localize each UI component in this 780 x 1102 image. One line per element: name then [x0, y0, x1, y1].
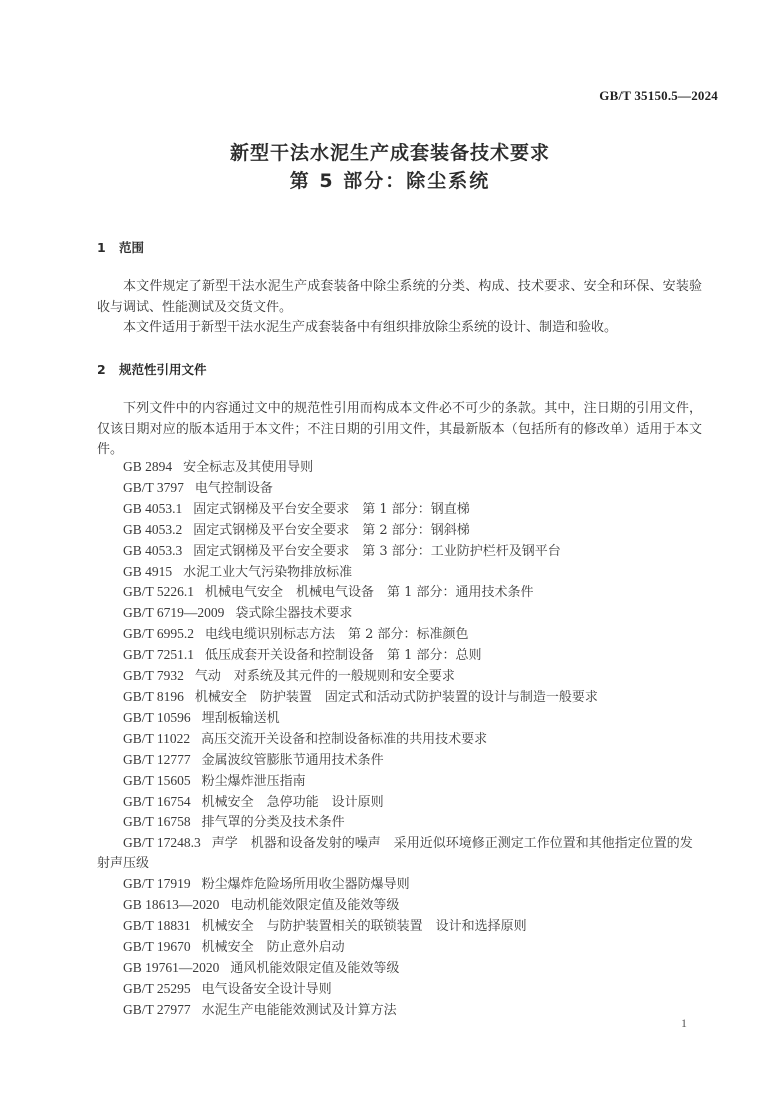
reference-item: GB 2894安全标志及其使用导则 — [97, 457, 702, 478]
reference-code: GB/T 8196 — [123, 689, 184, 704]
section-number: 2 — [97, 362, 119, 377]
reference-title: 固定式钢梯及平台安全要求 第 1 部分：钢直梯 — [193, 502, 470, 517]
scope-paragraph-2: 本文件适用于新型干法水泥生产成套装备中有组织排放除尘系统的设计、制造和验收。 — [97, 318, 702, 339]
reference-item: GB 4053.3固定式钢梯及平台安全要求 第 3 部分：工业防护栏杆及钢平台 — [97, 541, 702, 562]
reference-item: GB/T 27977水泥生产电能能效测试及计算方法 — [97, 1000, 702, 1021]
reference-title: 气动 对系统及其元件的一般规则和安全要求 — [195, 669, 455, 684]
reference-code: GB/T 10596 — [123, 710, 191, 725]
reference-code: GB 4053.1 — [123, 501, 182, 516]
reference-item: GB/T 7932气动 对系统及其元件的一般规则和安全要求 — [97, 666, 702, 687]
reference-code: GB 19761—2020 — [123, 960, 219, 975]
reference-item: GB 4915水泥工业大气污染物排放标准 — [97, 562, 702, 583]
scope-paragraph-1: 本文件规定了新型干法水泥生产成套装备中除尘系统的分类、构成、技术要求、安全和环保… — [97, 277, 702, 318]
reference-item: GB/T 6719—2009袋式除尘器技术要求 — [97, 603, 702, 624]
reference-title: 电气设备安全设计导则 — [202, 982, 332, 997]
reference-code: GB 4053.2 — [123, 522, 182, 537]
reference-code: GB/T 25295 — [123, 981, 191, 996]
reference-item: GB/T 3797电气控制设备 — [97, 478, 702, 499]
reference-title: 高压交流开关设备和控制设备标准的共用技术要求 — [201, 732, 487, 747]
page-number: 1 — [681, 1016, 687, 1031]
reference-code: GB/T 27977 — [123, 1002, 191, 1017]
reference-item: GB/T 19670机械安全 防止意外启动 — [97, 937, 702, 958]
reference-code: GB/T 7251.1 — [123, 647, 194, 662]
reference-code: GB/T 19670 — [123, 939, 191, 954]
reference-title: 金属波纹管膨胀节通用技术条件 — [202, 753, 384, 768]
reference-item: GB/T 11022高压交流开关设备和控制设备标准的共用技术要求 — [97, 729, 702, 750]
reference-item: GB/T 6995.2电线电缆识别标志方法 第 2 部分：标准颜色 — [97, 624, 702, 645]
section-title: 范围 — [119, 240, 144, 255]
reference-item: GB 4053.1固定式钢梯及平台安全要求 第 1 部分：钢直梯 — [97, 499, 702, 520]
reference-code: GB/T 7932 — [123, 668, 184, 683]
reference-item: GB/T 12777金属波纹管膨胀节通用技术条件 — [97, 750, 702, 771]
reference-code: GB 4053.3 — [123, 543, 182, 558]
section-heading-normative-references: 2规范性引用文件 — [97, 360, 207, 378]
reference-title: 电气控制设备 — [195, 481, 273, 496]
reference-title: 埋刮板输送机 — [202, 711, 280, 726]
reference-title: 水泥工业大气污染物排放标准 — [183, 565, 352, 580]
reference-item: GB/T 10596埋刮板输送机 — [97, 708, 702, 729]
reference-item: GB/T 17919粉尘爆炸危险场所用收尘器防爆导则 — [97, 874, 702, 895]
reference-code: GB/T 16758 — [123, 814, 191, 829]
document-subtitle: 第 5 部分：除尘系统 — [0, 166, 780, 193]
reference-code: GB/T 15605 — [123, 773, 191, 788]
reference-title: 袋式除尘器技术要求 — [235, 606, 352, 621]
reference-title: 粉尘爆炸泄压指南 — [202, 774, 306, 789]
reference-code: GB/T 17248.3 — [123, 835, 201, 850]
section-title: 规范性引用文件 — [119, 362, 207, 377]
reference-item: GB 4053.2固定式钢梯及平台安全要求 第 2 部分：钢斜梯 — [97, 520, 702, 541]
reference-item: GB/T 18831机械安全 与防护装置相关的联锁装置 设计和选择原则 — [97, 916, 702, 937]
reference-item: GB/T 7251.1低压成套开关设备和控制设备 第 1 部分：总则 — [97, 645, 702, 666]
reference-title: 机械电气安全 机械电气设备 第 1 部分：通用技术条件 — [205, 585, 534, 600]
reference-code: GB/T 6719—2009 — [123, 605, 224, 620]
reference-item: GB 19761—2020通风机能效限定值及能效等级 — [97, 958, 702, 979]
reference-code: GB/T 17919 — [123, 876, 191, 891]
reference-title: 通风机能效限定值及能效等级 — [230, 961, 399, 976]
normative-references-intro: 下列文件中的内容通过文中的规范性引用而构成本文件必不可少的条款。其中，注日期的引… — [97, 399, 702, 461]
reference-code: GB/T 18831 — [123, 918, 191, 933]
section-number: 1 — [97, 240, 119, 255]
reference-code: GB/T 6995.2 — [123, 626, 194, 641]
reference-title: 电线电缆识别标志方法 第 2 部分：标准颜色 — [205, 627, 469, 642]
reference-title: 机械安全 与防护装置相关的联锁装置 设计和选择原则 — [202, 919, 527, 934]
reference-title: 排气罩的分类及技术条件 — [202, 815, 345, 830]
reference-item: GB/T 16758排气罩的分类及技术条件 — [97, 812, 702, 833]
reference-item: GB/T 5226.1机械电气安全 机械电气设备 第 1 部分：通用技术条件 — [97, 582, 702, 603]
reference-code: GB 4915 — [123, 564, 172, 579]
reference-item: GB/T 15605粉尘爆炸泄压指南 — [97, 771, 702, 792]
reference-title: 固定式钢梯及平台安全要求 第 2 部分：钢斜梯 — [193, 523, 470, 538]
reference-title: 安全标志及其使用导则 — [183, 460, 313, 475]
reference-code: GB/T 11022 — [123, 731, 190, 746]
reference-code: GB/T 5226.1 — [123, 584, 194, 599]
reference-list: GB 2894安全标志及其使用导则GB/T 3797电气控制设备GB 4053.… — [97, 457, 702, 1020]
standard-number: GB/T 35150.5—2024 — [599, 88, 718, 104]
reference-code: GB/T 16754 — [123, 794, 191, 809]
reference-title: 水泥生产电能能效测试及计算方法 — [202, 1003, 397, 1018]
reference-code: GB 2894 — [123, 459, 172, 474]
reference-item: GB/T 8196机械安全 防护装置 固定式和活动式防护装置的设计与制造一般要求 — [97, 687, 702, 708]
reference-title: 粉尘爆炸危险场所用收尘器防爆导则 — [202, 877, 410, 892]
reference-code: GB/T 3797 — [123, 480, 184, 495]
reference-code: GB/T 12777 — [123, 752, 191, 767]
reference-title: 机械安全 急停功能 设计原则 — [202, 795, 384, 810]
reference-item: GB/T 17248.3声学 机器和设备发射的噪声 采用近似环境修正测定工作位置… — [97, 833, 702, 874]
section-heading-scope: 1范围 — [97, 238, 144, 256]
reference-code: GB 18613—2020 — [123, 897, 219, 912]
document-title: 新型干法水泥生产成套装备技术要求 — [0, 138, 780, 165]
reference-title: 电动机能效限定值及能效等级 — [230, 898, 399, 913]
reference-title: 机械安全 防护装置 固定式和活动式防护装置的设计与制造一般要求 — [195, 690, 598, 705]
reference-title: 固定式钢梯及平台安全要求 第 3 部分：工业防护栏杆及钢平台 — [193, 544, 561, 559]
reference-title: 机械安全 防止意外启动 — [202, 940, 345, 955]
reference-item: GB 18613—2020电动机能效限定值及能效等级 — [97, 895, 702, 916]
reference-item: GB/T 25295电气设备安全设计导则 — [97, 979, 702, 1000]
reference-item: GB/T 16754机械安全 急停功能 设计原则 — [97, 792, 702, 813]
reference-title: 低压成套开关设备和控制设备 第 1 部分：总则 — [205, 648, 482, 663]
